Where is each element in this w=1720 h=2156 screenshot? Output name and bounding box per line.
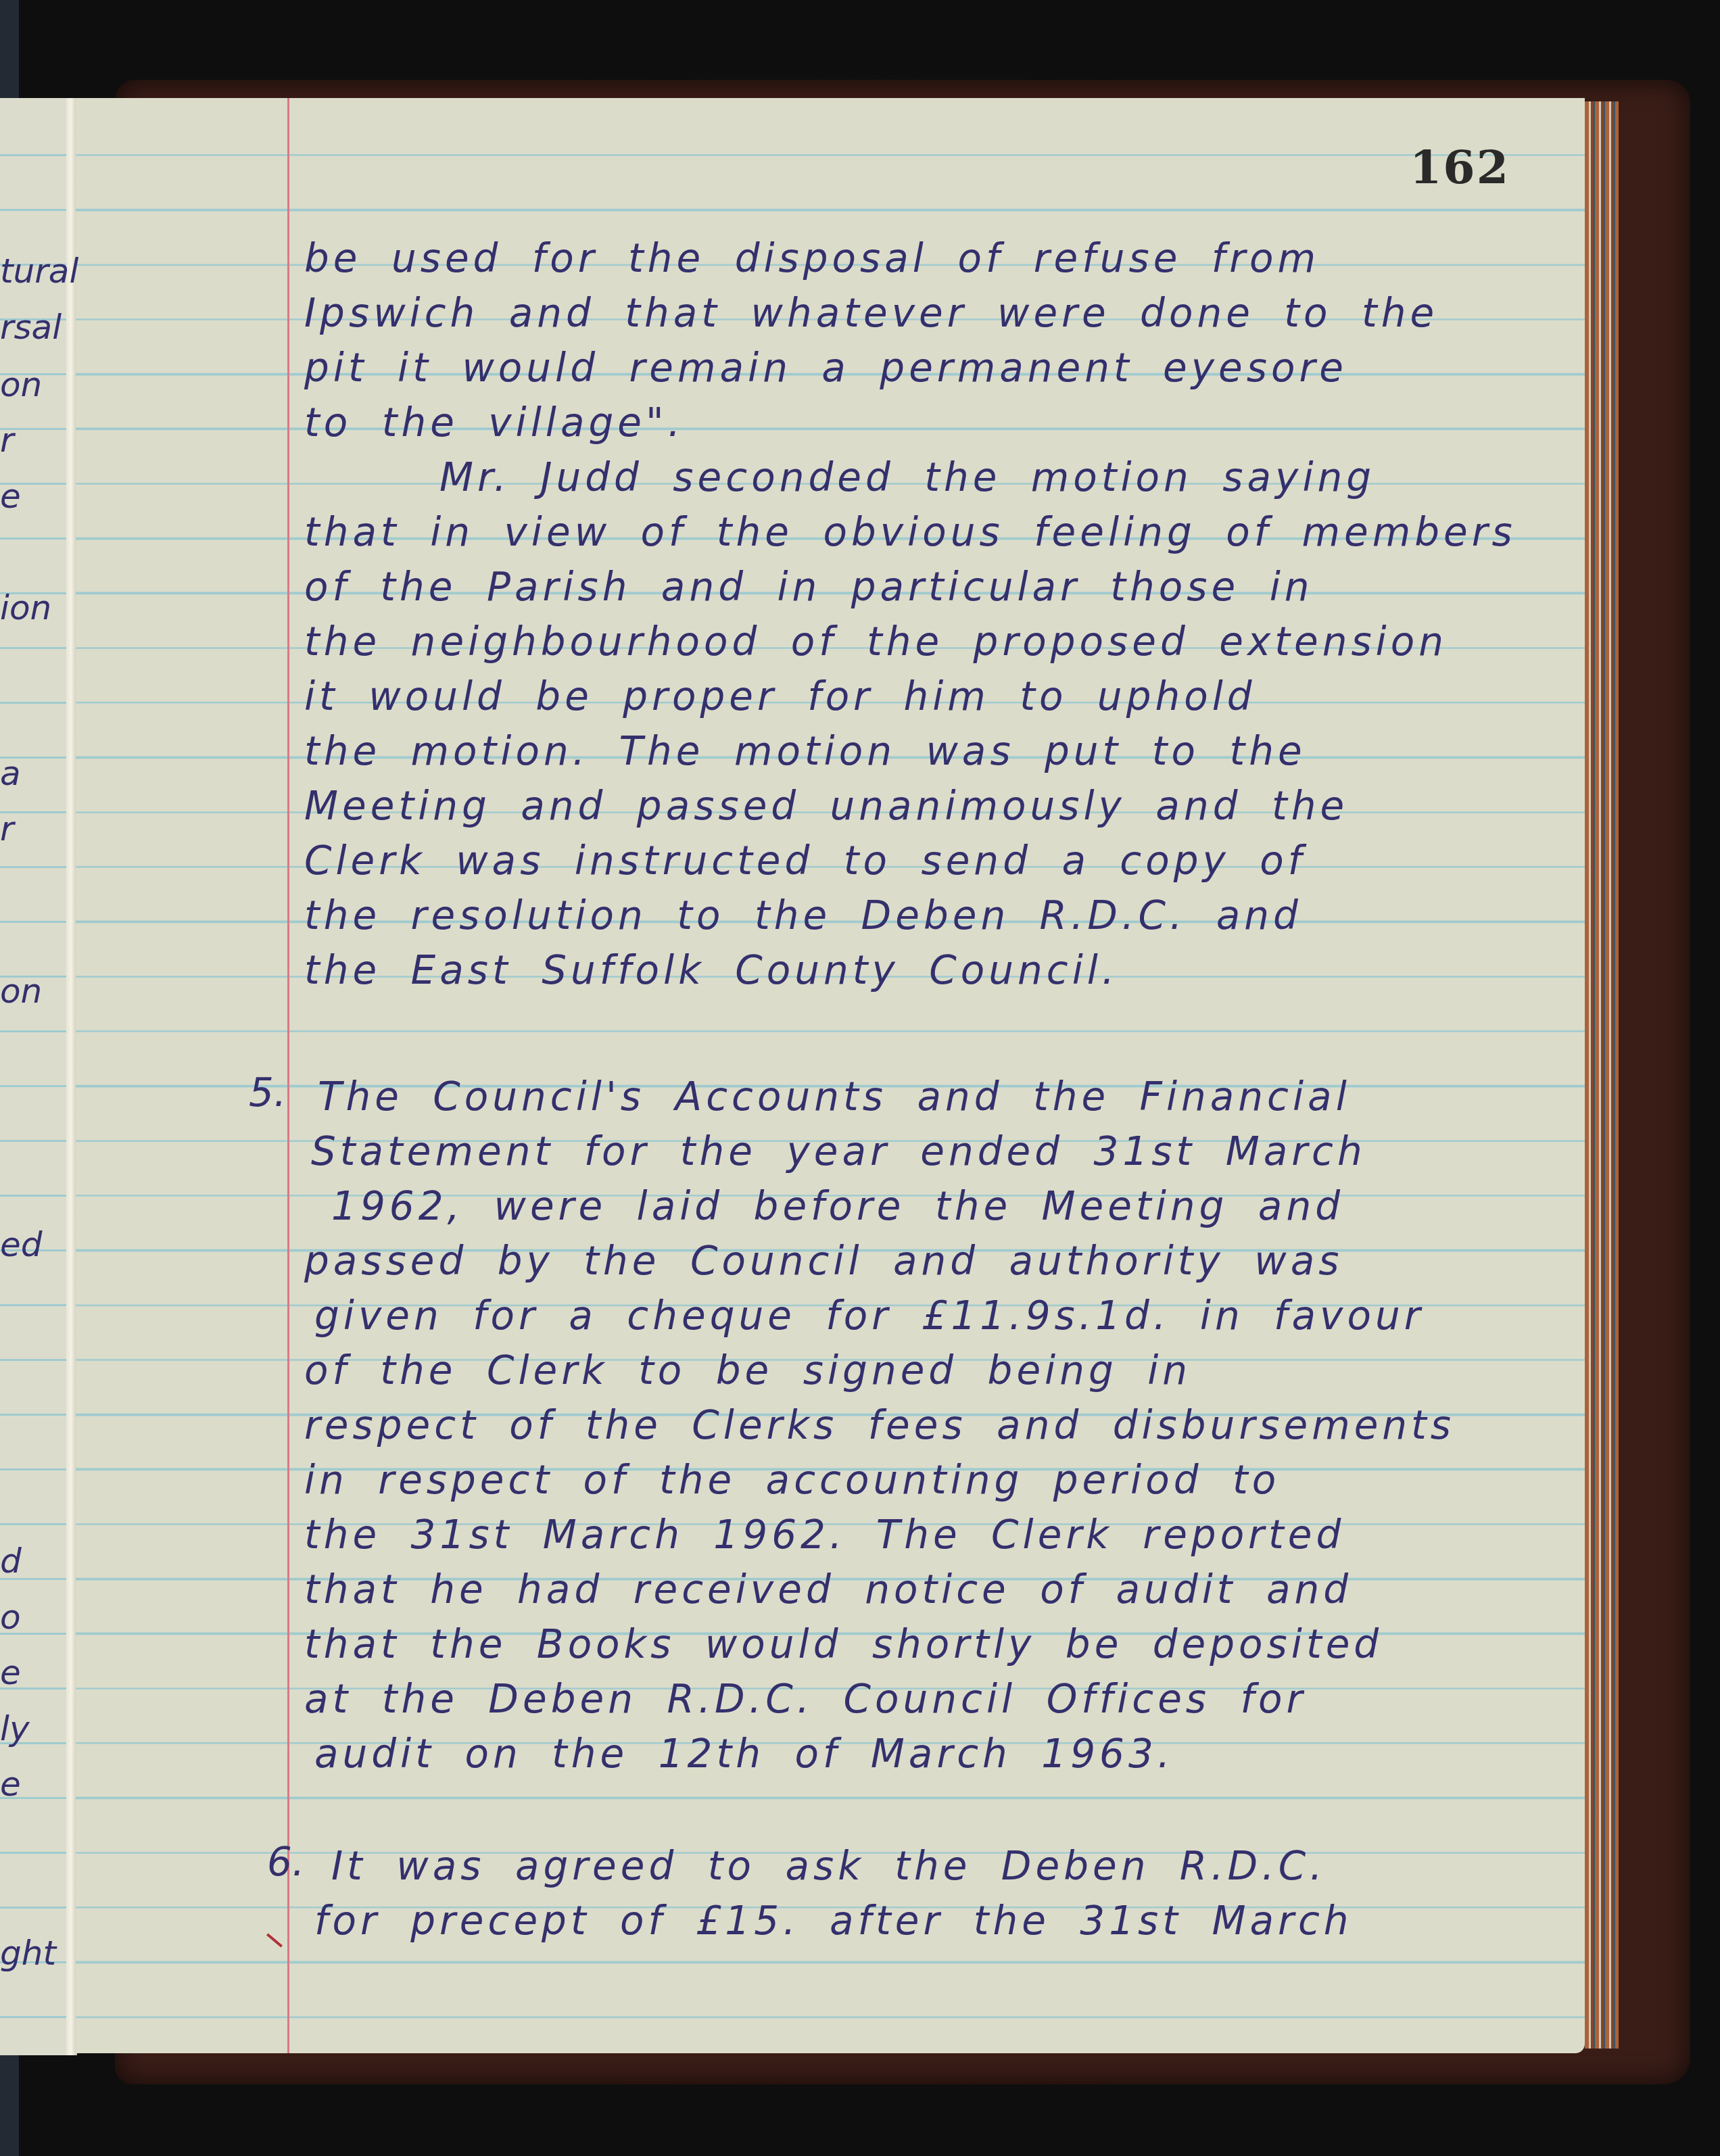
left-page-fragment: on — [0, 972, 42, 1011]
left-page-fragment: d — [0, 1541, 22, 1581]
left-page-fragment: r — [0, 809, 14, 848]
item-5-line-10: that he had received notice of audit and — [304, 1562, 1352, 1617]
item-5-line-7: respect of the Clerks fees and disbursem… — [304, 1398, 1455, 1453]
item-5-line-1: The Council's Accounts and the Financial — [318, 1070, 1351, 1124]
continued-line-3: pit it would remain a permanent eyesore — [304, 341, 1347, 396]
left-page-fragment: e — [0, 1765, 21, 1804]
item-5-line-6: of the Clerk to be signed being in — [304, 1343, 1191, 1398]
item-5-line-9: the 31st March 1962. The Clerk reported — [304, 1508, 1345, 1562]
left-page-fragment: r — [0, 421, 14, 460]
item-6-line-2: for precept of £15. after the 31st March — [314, 1894, 1353, 1948]
seconder-line-1: Mr. Judd seconded the motion saying — [439, 450, 1375, 505]
item-5-line-11: that the Books would shortly be deposite… — [304, 1617, 1383, 1672]
item-5-line-5: given for a cheque for £11.9s.1d. in fav… — [314, 1289, 1425, 1343]
continued-line-1: be used for the disposal of refuse from — [304, 231, 1320, 286]
seconder-line-3: of the Parish and in particular those in — [304, 560, 1314, 615]
seconder-line-7: Meeting and passed unanimously and the — [304, 779, 1348, 834]
page-number: 162 — [1410, 141, 1510, 195]
seconder-line-2: that in view of the obvious feeling of m… — [304, 505, 1516, 560]
left-page-fragment: a — [0, 754, 21, 793]
seconder-line-6: the motion. The motion was put to the — [304, 724, 1306, 779]
seconder-line-5: it would be proper for him to uphold — [304, 669, 1256, 724]
item-5-line-13: audit on the 12th of March 1963. — [314, 1727, 1174, 1781]
continued-line-4: to the village". — [304, 396, 684, 450]
item-5-line-2: Statement for the year ended 31st March — [311, 1124, 1366, 1179]
continued-line-2: Ipswich and that whatever were done to t… — [304, 286, 1438, 341]
item-5-line-4: passed by the Council and authority was — [304, 1234, 1343, 1289]
item-6-line-1: It was agreed to ask the Deben R.D.C. — [331, 1839, 1327, 1894]
item-5-line-8: in respect of the accounting period to — [304, 1453, 1280, 1508]
left-page-fragment: tural — [0, 251, 78, 291]
left-page-fragment: rsal — [0, 308, 62, 347]
left-page-fragment: e — [0, 477, 21, 516]
left-page-fragment: ed — [0, 1225, 43, 1264]
left-page-fragment: e — [0, 1653, 21, 1692]
page-edge-stack — [1585, 101, 1619, 2049]
left-page-fragment: o — [0, 1598, 21, 1637]
left-page-fragment: ion — [0, 588, 51, 627]
seconder-line-4: the neighbourhood of the proposed extens… — [304, 615, 1448, 669]
item-5-line-3: 1962, were laid before the Meeting and — [331, 1179, 1344, 1234]
item-5-number: 5. — [249, 1070, 286, 1116]
left-page-fragment: on — [0, 365, 42, 404]
item-5-line-12: at the Deben R.D.C. Council Offices for — [304, 1672, 1306, 1727]
red-margin-line — [287, 98, 289, 2053]
left-page-fragment: ly — [0, 1709, 29, 1748]
seconder-line-9: the resolution to the Deben R.D.C. and — [304, 888, 1302, 943]
seconder-line-8: Clerk was instructed to send a copy of — [304, 834, 1306, 888]
item-6-number: 6. — [267, 1839, 304, 1885]
seconder-line-10: the East Suffolk County Council. — [304, 943, 1118, 998]
left-page-fragment: ght — [0, 1934, 56, 1973]
